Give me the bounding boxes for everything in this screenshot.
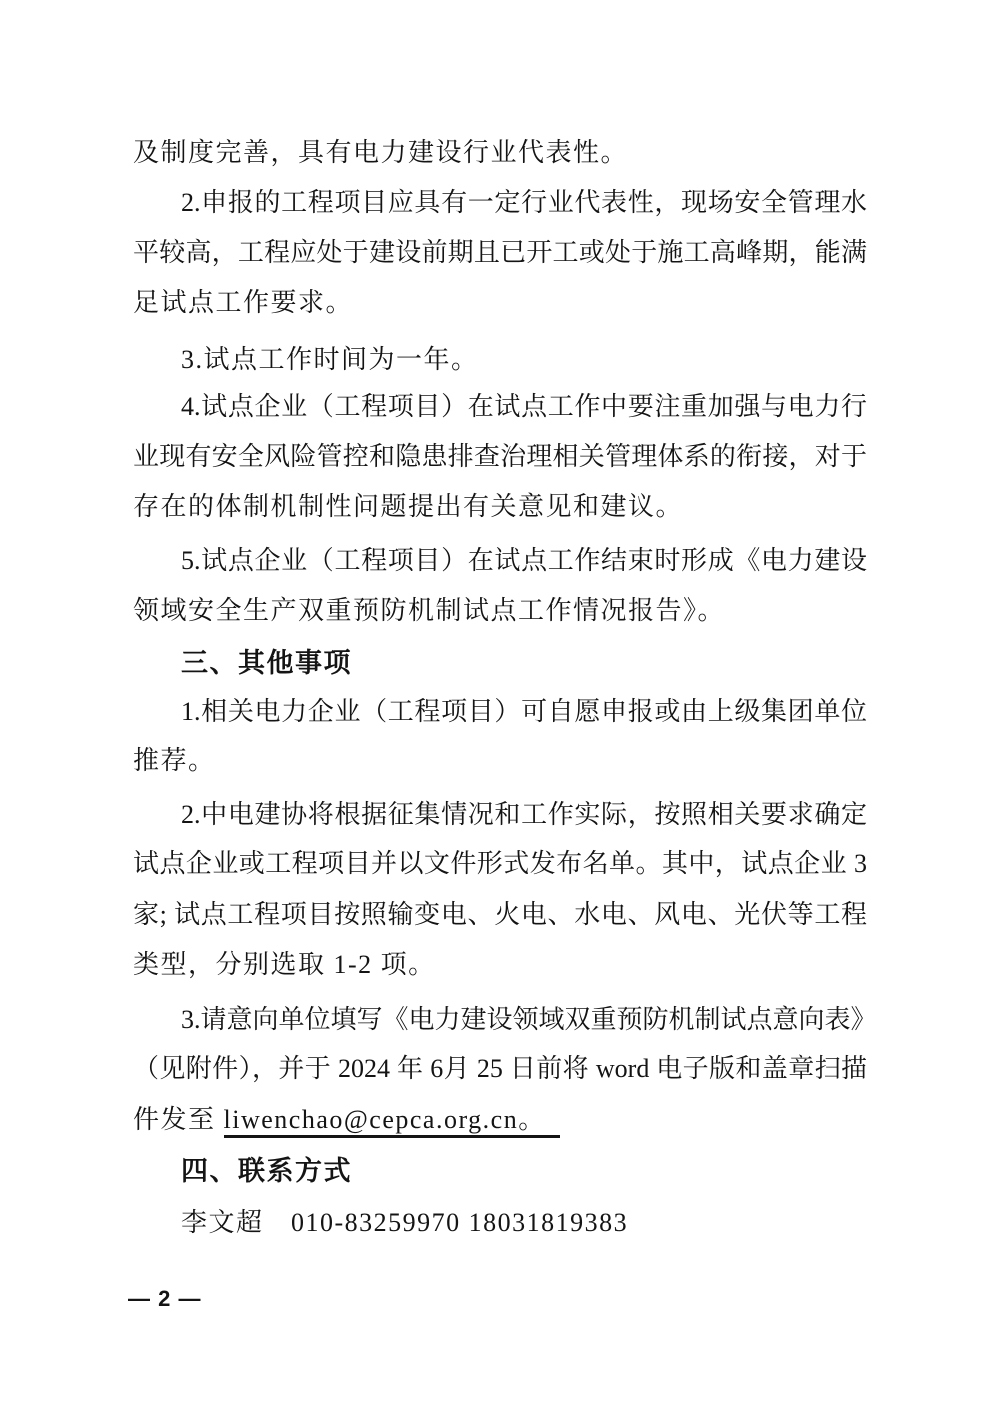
body-line: 5.试点企业（工程项目）在试点工作结束时形成《电力建设 [133,544,867,578]
body-line: 存在的体制机制性问题提出有关意见和建议。 [133,490,867,524]
email-address: liwenchao@cepca.org.cn。 [224,1105,560,1138]
body-line: 1.相关电力企业（工程项目）可自愿申报或由上级集团单位 [133,695,867,729]
body-line: 3.请意向单位填写《电力建设领域双重预防机制试点意向表》 [133,1003,867,1037]
email-line: 件发至 liwenchao@cepca.org.cn。 [133,1103,867,1137]
body-line: 推荐。 [133,744,867,778]
page-number: — 2 — [128,1286,201,1312]
body-line: 2.中电建协将根据征集情况和工作实际，按照相关要求确定 [133,798,867,832]
body-line: 3.试点工作时间为一年。 [133,343,867,377]
section-heading-3-other-matters: 三、其他事项 [133,646,867,680]
body-line: 业现有安全风险管控和隐患排查治理相关管理体系的衔接，对于 [133,440,867,474]
body-line: 类型，分别选取 1-2 项。 [133,948,867,982]
body-line: 平较高，工程应处于建设前期且已开工或处于施工高峰期，能满 [133,236,867,270]
body-line: 4.试点企业（工程项目）在试点工作中要注重加强与电力行 [133,390,867,424]
email-prefix: 件发至 [133,1105,224,1134]
document-page: 及制度完善，具有电力建设行业代表性。 2.申报的工程项目应具有一定行业代表性，现… [0,0,992,1403]
body-line: （见附件），并于 2024 年 6月 25 日前将 word 电子版和盖章扫描 [133,1052,867,1086]
section-heading-4-contact: 四、联系方式 [133,1154,867,1188]
body-line: 足试点工作要求。 [133,286,867,320]
body-line: 试点企业或工程项目并以文件形式发布名单。其中，试点企业 3 [133,847,867,881]
body-line: 家; 试点工程项目按照输变电、火电、水电、风电、光伏等工程 [133,898,867,932]
body-line: 领域安全生产双重预防机制试点工作情况报告》。 [133,594,867,628]
body-line: 及制度完善，具有电力建设行业代表性。 [133,136,867,170]
contact-info-line: 李文超 010-83259970 18031819383 [133,1206,867,1240]
body-line: 2.申报的工程项目应具有一定行业代表性，现场安全管理水 [133,186,867,220]
